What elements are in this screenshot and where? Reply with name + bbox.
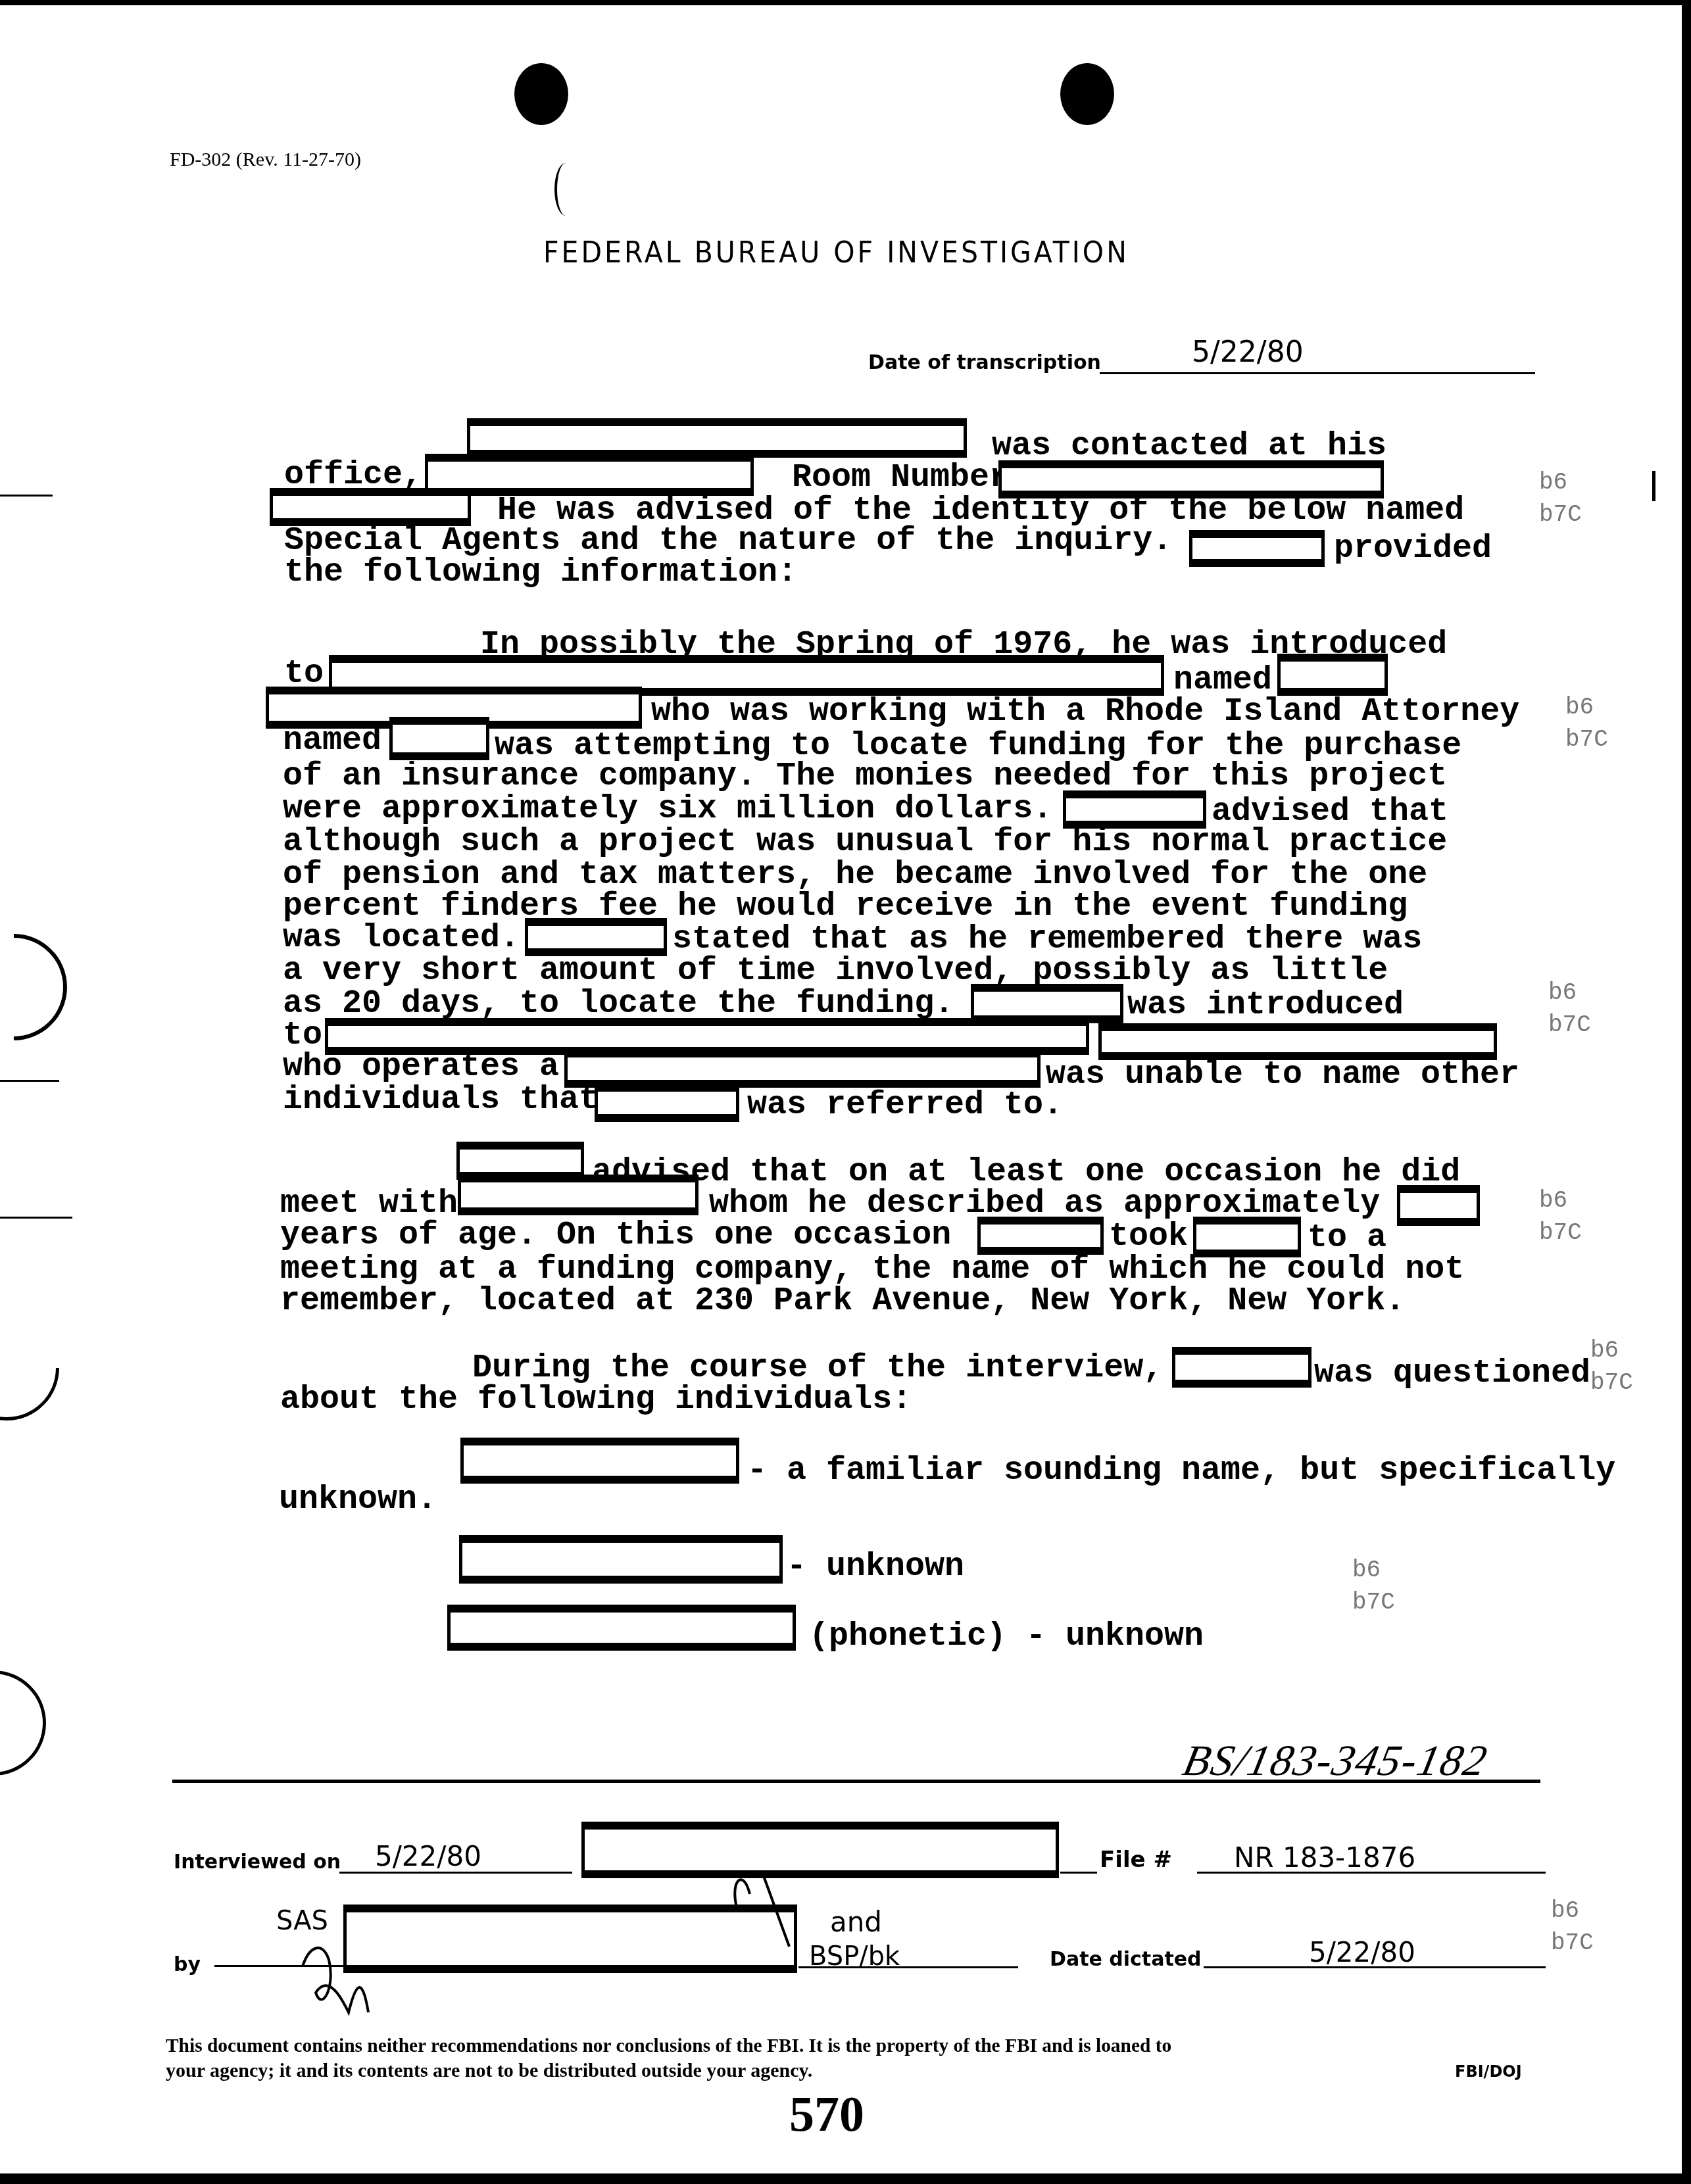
date-of-transcription-line	[1100, 372, 1535, 374]
text-line: a very short amount of time involved, po…	[283, 955, 1388, 988]
agency-mark: FBI/DOJ	[1455, 2062, 1522, 2081]
text-line: about the following individuals:	[280, 1384, 912, 1417]
text-line: meet with	[280, 1188, 458, 1221]
redaction-box	[1098, 1023, 1497, 1060]
text-line: were approximately six million dollars.	[283, 793, 1052, 826]
individual-description: - unknown	[787, 1551, 964, 1584]
exemption-codes: b6b7C	[1565, 692, 1608, 756]
file-number-label: File #	[1100, 1847, 1172, 1873]
binding-hole-artifact	[0, 1649, 68, 1797]
file-number-value: NR 183-1876	[1234, 1841, 1415, 1874]
disclaimer-line-2: your agency; it and its contents are not…	[166, 2060, 812, 2082]
text-line: During the course of the interview,	[472, 1352, 1163, 1385]
text-line: who operates a	[283, 1051, 559, 1084]
redaction-box	[977, 1217, 1104, 1255]
redaction-box	[460, 1438, 739, 1484]
hole-punch-left	[514, 63, 568, 125]
redaction-box	[525, 918, 667, 956]
text-line: who was working with a Rhode Island Atto…	[651, 696, 1519, 729]
exemption-codes: b6b7C	[1539, 1185, 1582, 1249]
text-line: was contacted at his	[992, 430, 1386, 463]
scan-artifact	[0, 1217, 72, 1219]
scan-edge-right	[1682, 0, 1691, 2184]
exemption-codes: b6b7C	[1551, 1895, 1594, 1959]
redaction-box	[447, 1605, 796, 1651]
date-of-transcription-label: Date of transcription	[868, 351, 1101, 374]
redaction-box	[1397, 1185, 1480, 1226]
form-number: FD-302 (Rev. 11-27-70)	[170, 149, 361, 171]
redaction-box	[971, 984, 1123, 1023]
text-line: percent finders fee he would receive in …	[283, 890, 1408, 923]
scan-artifact	[0, 1080, 59, 1082]
hole-punch-right	[1060, 63, 1114, 125]
scan-artifact	[0, 495, 53, 497]
text-line: was referred to.	[747, 1089, 1063, 1122]
individual-description: - a familiar sounding name, but specific…	[747, 1455, 1615, 1488]
text-line: Room Number	[792, 462, 1009, 495]
text-line: office,	[284, 459, 422, 492]
exemption-codes: b6b7C	[1548, 977, 1591, 1041]
text-line: was questioned	[1314, 1357, 1590, 1390]
binding-hole-artifact	[0, 1294, 81, 1442]
scan-edge-bottom	[0, 2173, 1691, 2184]
redaction-box	[1172, 1347, 1311, 1388]
date-dictated-label: Date dictated	[1050, 1948, 1202, 1971]
scan-artifact	[554, 163, 577, 216]
binding-hole-artifact	[0, 911, 89, 1062]
scan-artifact	[1652, 471, 1655, 501]
text-line: remember, located at 230 Park Avenue, Ne…	[280, 1285, 1405, 1318]
date-dictated-value: 5/22/80	[1309, 1936, 1415, 1968]
text-line: to	[284, 658, 324, 691]
text-line: was located.	[283, 922, 520, 955]
text-line: named	[283, 725, 381, 758]
individual-description: (phonetic) - unknown	[809, 1620, 1204, 1653]
text-line: stated that as he remembered there was	[672, 923, 1422, 956]
exemption-codes: b6b7C	[1352, 1555, 1395, 1618]
redaction-box	[270, 488, 471, 526]
redaction-box	[1189, 530, 1325, 567]
text-line: whom he described as approximately	[709, 1188, 1380, 1221]
date-of-transcription-value: 5/22/80	[1192, 335, 1304, 369]
document-page: FD-302 (Rev. 11-27-70) FEDERAL BUREAU OF…	[0, 0, 1691, 2184]
redaction-box	[389, 717, 489, 760]
redaction-box	[458, 1175, 698, 1215]
redaction-box	[564, 1050, 1041, 1088]
text-line: meeting at a funding company, the name o…	[280, 1253, 1464, 1286]
redaction-box	[1277, 654, 1388, 696]
text-line: of pension and tax matters, he became in…	[283, 859, 1427, 892]
individual-description: unknown.	[279, 1484, 437, 1517]
text-line: to	[283, 1019, 322, 1052]
text-line: as 20 days, to locate the funding.	[283, 988, 954, 1021]
redaction-box	[467, 418, 967, 458]
redaction-box	[595, 1084, 739, 1122]
text-line: was introduced	[1127, 989, 1404, 1022]
text-line: Special Agents and the nature of the inq…	[284, 525, 1172, 558]
handwritten-serial: BS/183-345-182	[1179, 1736, 1492, 1786]
handwritten-signature	[283, 1868, 875, 2019]
text-line: was unable to name other	[1046, 1059, 1519, 1092]
location-line	[1060, 1872, 1097, 1874]
text-line: provided	[1334, 533, 1492, 566]
text-line: to a	[1308, 1222, 1386, 1255]
page-number: 570	[789, 2086, 864, 2143]
disclaimer-line-1: This document contains neither recommend…	[166, 2035, 1171, 2057]
redaction-box	[425, 454, 754, 496]
exemption-codes: b6b7C	[1590, 1335, 1633, 1399]
text-line: named	[1173, 664, 1272, 697]
text-line: the following information:	[284, 556, 797, 589]
by-label: by	[174, 1953, 201, 1976]
text-line: although such a project was unusual for …	[283, 826, 1447, 859]
text-line: individuals that	[283, 1084, 599, 1117]
agency-title: FEDERAL BUREAU OF INVESTIGATION	[543, 235, 1129, 270]
text-line: took	[1109, 1221, 1188, 1253]
redaction-box	[459, 1535, 783, 1584]
scan-edge-top	[0, 0, 1691, 9]
exemption-codes: b6b7C	[1539, 467, 1582, 531]
text-line: years of age. On this one occasion	[280, 1219, 951, 1252]
text-line: of an insurance company. The monies need…	[283, 760, 1447, 793]
text-line: advised that on at least one occasion he…	[592, 1156, 1460, 1189]
